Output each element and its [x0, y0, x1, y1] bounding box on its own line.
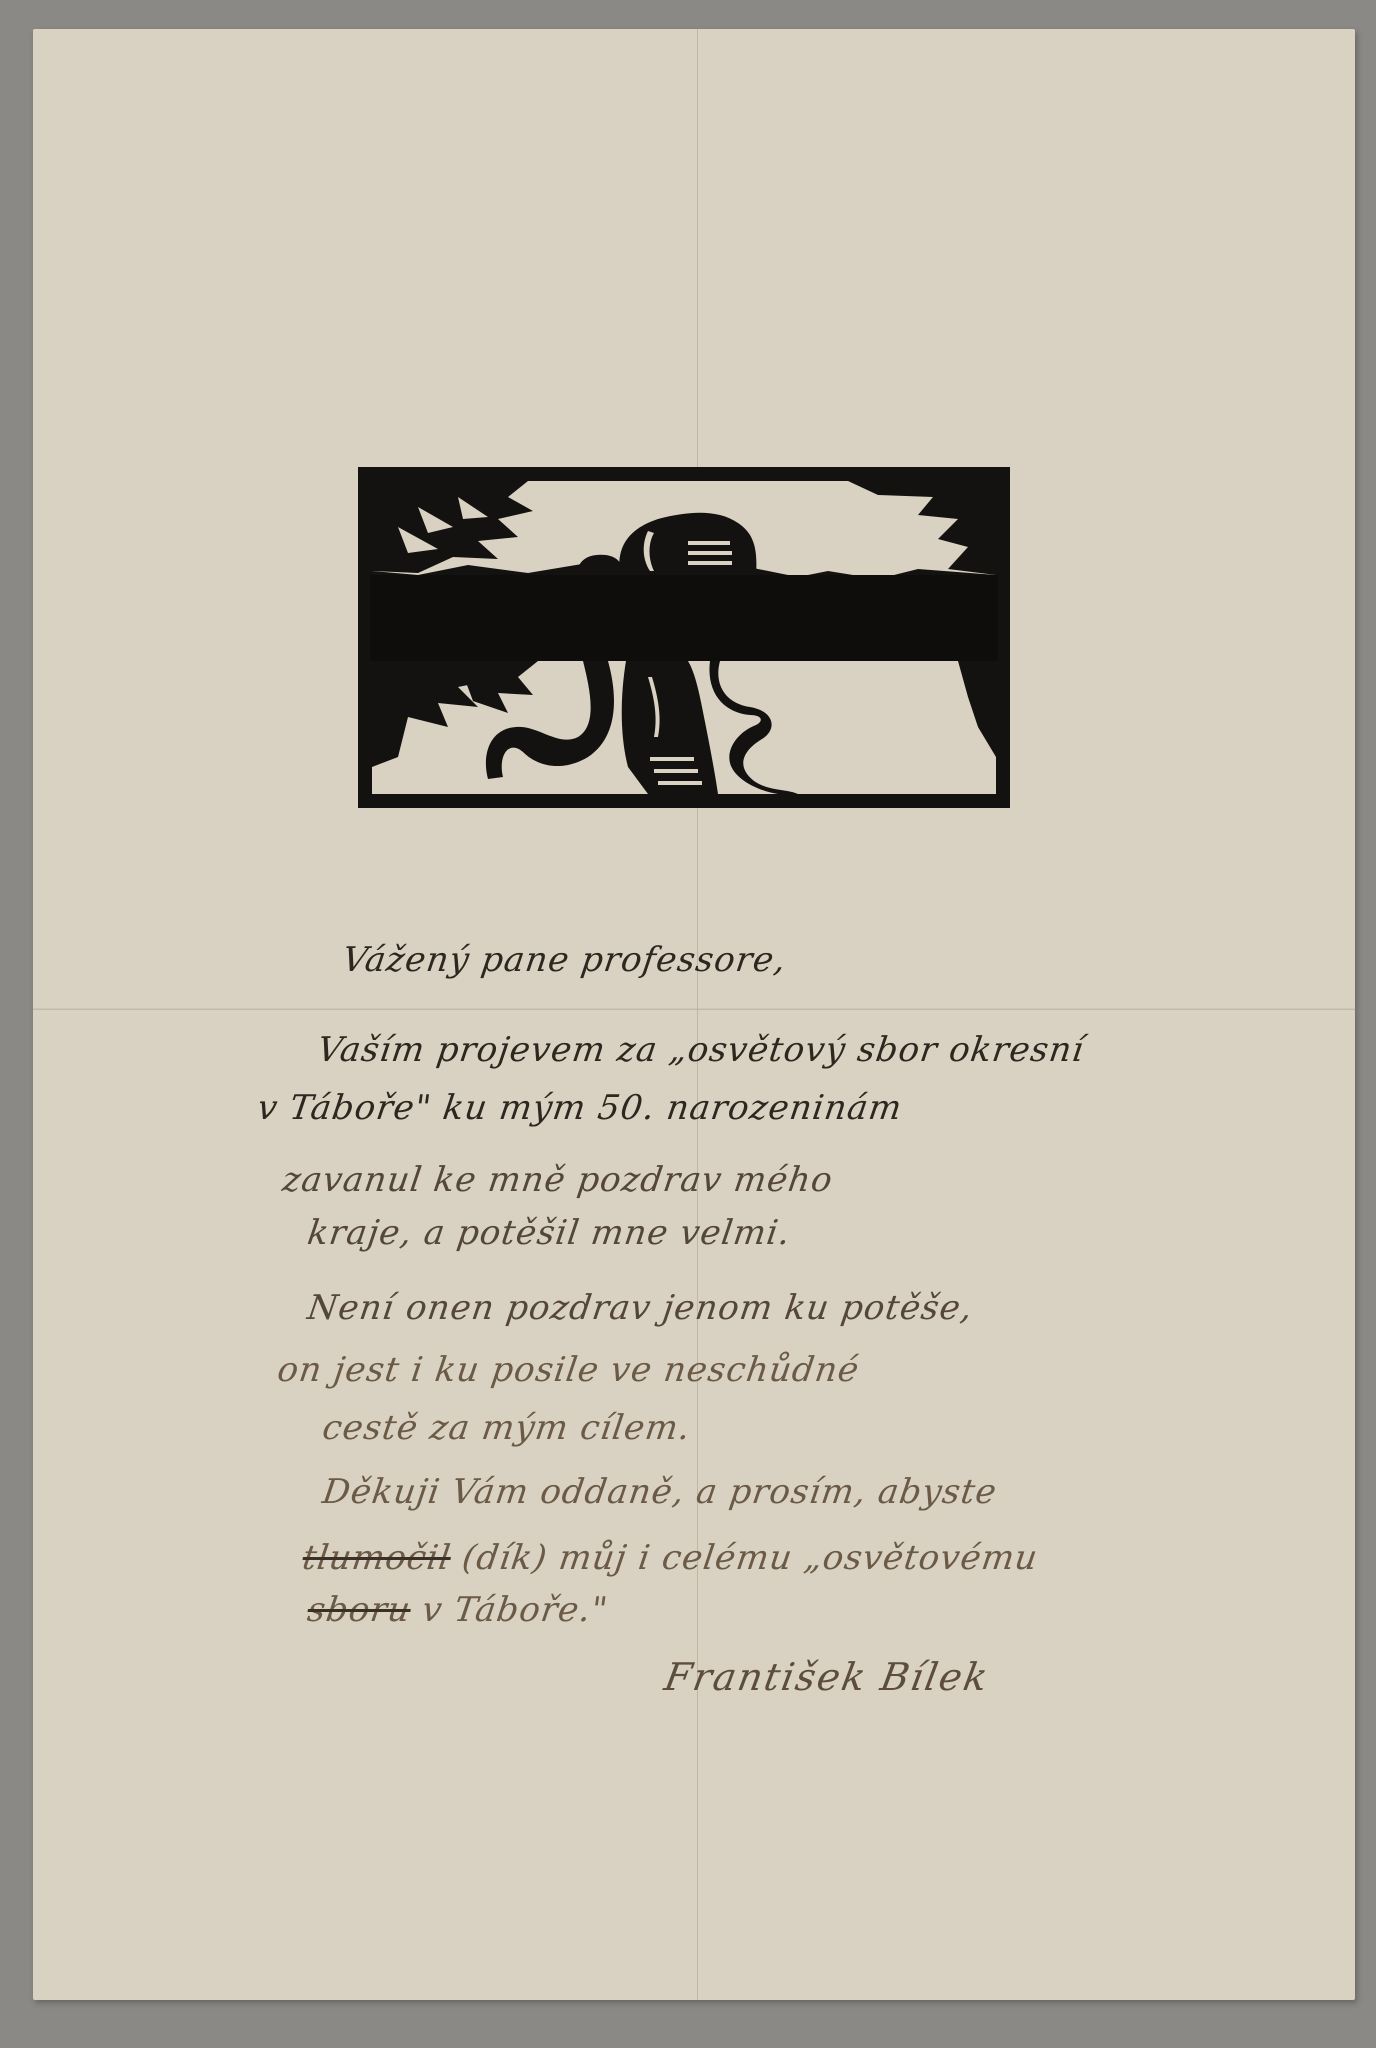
letter-line-10-text: v Táboře."	[420, 1590, 611, 1630]
signature: František Bílek	[661, 1655, 993, 1699]
letter-line-6: on jest i ku posile ve neschůdné	[275, 1350, 862, 1390]
struck-word-tlumocil: tlumočil	[300, 1538, 454, 1578]
letter-line-5: Není onen pozdrav jenom ku potěše,	[305, 1288, 976, 1328]
letter-line-3: zavanul ke mně pozdrav mého	[280, 1160, 836, 1200]
letter-line-1: Vaším projevem za „osvětový sbor okresní	[315, 1030, 1087, 1070]
letter-line-8: Děkuji Vám oddaně, a prosím, abyste	[320, 1472, 1000, 1512]
letter-line-2: v Táboře" ku mým 50. narozeninám	[255, 1088, 905, 1128]
letter-line-4: kraje, a potěšil mne velmi.	[305, 1213, 793, 1253]
letter-line-10: sboru v Táboře."	[305, 1590, 611, 1630]
woodcut-illustration	[358, 467, 1010, 808]
horizontal-fold-crease	[33, 1008, 1355, 1009]
vertical-fold-crease	[697, 29, 698, 2000]
woodcut-illustration-icon	[358, 467, 1010, 808]
letter-line-9: tlumočil (dík) můj i celému „osvětovému	[300, 1538, 1041, 1578]
letter-paper	[33, 29, 1355, 2000]
letter-line-9-text: (dík) můj i celému „osvětovému	[460, 1538, 1041, 1578]
letter-salutation: Vážený pane professore,	[340, 940, 789, 980]
letter-line-7: cestě za mým cílem.	[320, 1408, 693, 1448]
struck-word-sboru: sboru	[305, 1590, 413, 1630]
